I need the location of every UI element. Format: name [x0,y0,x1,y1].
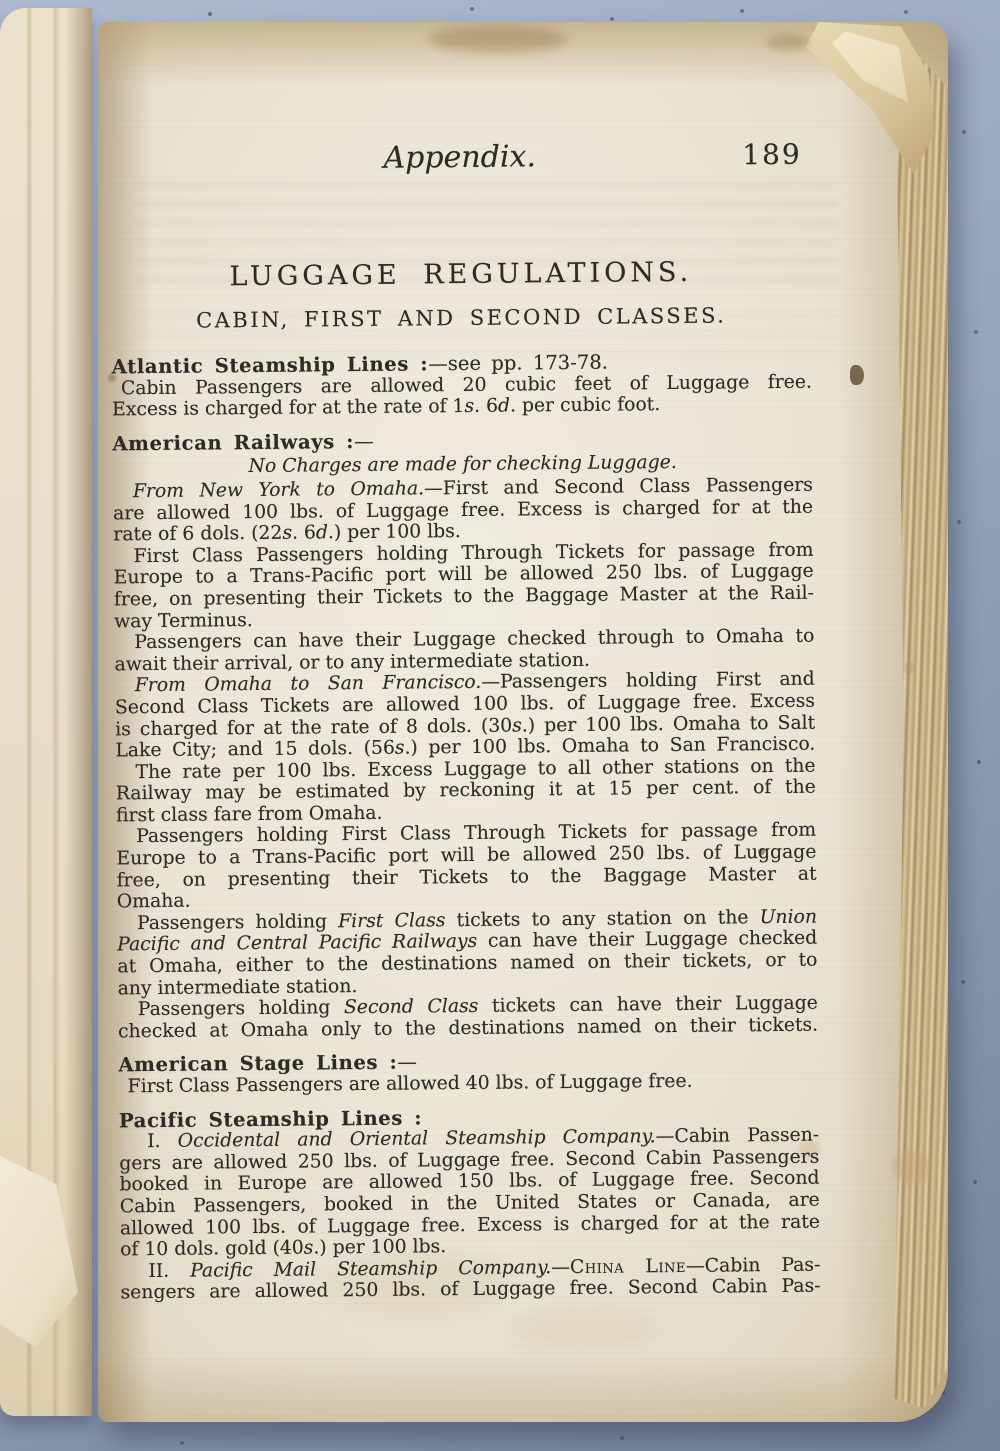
text-segment: s [464,396,474,417]
text-segment: From New York to Omaha. [133,478,424,502]
paragraph: I. Occidental and Oriental Steamship Com… [119,1125,820,1261]
previous-page-fold [0,1148,78,1348]
paragraph: Passengers holding First Class Through T… [116,820,817,913]
text-segment: From Omaha to San Francisco. [135,672,482,696]
text-segment: —First and Second Class Passengers [424,475,813,500]
text-line: American Railways :— [112,426,812,454]
text-segment: — [397,1051,417,1074]
text-segment: d [316,522,328,543]
section-heading: American Railways :— [112,426,812,454]
paragraph: Cabin Passengers are allowed 20 cubic fe… [112,371,812,421]
text-segment: Omaha. [117,891,191,913]
stain [428,26,568,52]
text-segment: Pacific Steamship Lines : [119,1106,422,1132]
text-segment: s [395,738,405,759]
previous-page-edge [0,8,92,1416]
text-segment: s [282,523,292,544]
paragraph: From New York to Omaha.—First and Second… [113,475,814,546]
text-segment: —Cabin Pas- [686,1254,821,1276]
text-segment: any intermediate station. [118,976,358,999]
text-segment: Excess is charged for at the rate of 1 [112,396,465,420]
paragraph: The rate per 100 lbs. Excess Luggage to … [115,755,816,826]
text-segment: s [512,715,522,736]
text-segment: — [551,1257,570,1278]
text-segment: Pacific and Central Pacific Railways [117,931,477,955]
text-column: Appendix. 189 LUGGAGE REGULATIONS. CABIN… [110,137,821,1305]
stain [766,34,810,50]
text-segment: Pacific Mail Steamship Company. [190,1257,551,1281]
paragraph: Passengers holding Second Class tickets … [118,993,818,1043]
stain [508,1307,658,1353]
text-segment: — [354,430,374,453]
text-segment: —Passengers holding First and [481,669,815,693]
book-photo: { "photo": { "background_color": "#8e9cb… [0,0,1000,1451]
paragraph: First Class Passengers holding Through T… [113,539,814,632]
text-segment: No Charges are made for checking Luggage… [248,452,677,477]
text-segment: II. [148,1260,190,1281]
page-title: LUGGAGE REGULATIONS. [111,255,811,296]
text-segment: . 6 [292,523,316,544]
page-subtitle: CABIN, FIRST AND SECOND CLASSES. [111,302,811,336]
text-segment: Union [760,906,818,928]
text-segment: .) per 100 lbs. [328,521,461,543]
stain [850,365,864,385]
text-segment: of 10 dols. gold (40 [120,1238,304,1261]
text-segment: Passengers holding [138,997,344,1020]
page-edges-stack [894,48,948,1408]
paragraph: Passengers can have their Luggage checke… [114,626,814,676]
text-segment: —Cabin Passen- [656,1125,820,1148]
text-segment: .) per 100 lbs. Omaha to Salt [522,712,816,736]
text-segment: tickets to any station on the [445,907,759,931]
text-segment: Lake City; and 15 dols. (56 [115,738,395,762]
text-segment: first class fare from Omaha. [116,803,383,827]
text-segment: . 6 [474,396,498,417]
text-segment: .) per 100 lbs. [313,1236,446,1258]
text-segment: . per cubic foot. [510,394,660,416]
text-segment: American Stage Lines : [118,1051,397,1077]
text-segment: First Class [338,910,445,932]
text-segment: Passengers holding [137,911,338,934]
running-header: Appendix. 189 [110,137,810,184]
text-segment: tickets can have their Luggage [478,993,818,1017]
running-title: Appendix. [110,137,810,180]
text-segment: is charged for at the rate of 8 dols. (3… [115,715,512,740]
book-page: Appendix. 189 LUGGAGE REGULATIONS. CABIN… [98,22,948,1422]
text-segment: American Railways : [112,430,354,455]
text-segment: Second Class [344,996,479,1018]
text-segment: rate of 6 dols. (22 [113,523,282,546]
text-segment: I. [147,1131,178,1152]
text-segment: —see pp. 173-78. [428,351,608,376]
body-text: Atlantic Steamship Lines :—see pp. 173-7… [112,350,821,1305]
paragraph: II. Pacific Mail Steamship Company.—Chin… [120,1254,820,1304]
text-segment: First Class Passengers are allowed 40 lb… [128,1071,693,1097]
paragraph: Passengers holding First Class tickets t… [117,906,818,999]
text-segment: way Terminus. [114,610,253,632]
text-segment: d [498,396,510,417]
text-segment: s [304,1238,314,1259]
text-segment: China Line [570,1256,686,1278]
text-segment: can have their Luggage checked [477,928,817,952]
paragraph: From Omaha to San Francisco.—Passengers … [115,669,816,762]
page-number: 189 [742,138,802,173]
